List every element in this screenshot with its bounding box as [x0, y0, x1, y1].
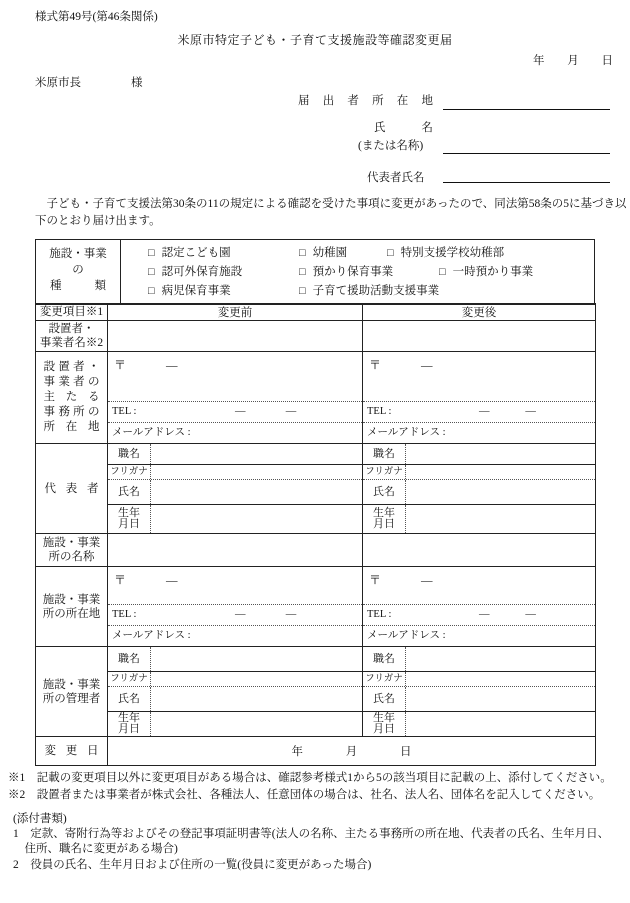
table-header-row: 変更項目※1 変更前 変更後: [36, 304, 596, 321]
furigana-input[interactable]: [151, 672, 362, 686]
checkbox-icon[interactable]: □: [148, 285, 155, 297]
email-line[interactable]: メールアドレス :: [363, 625, 595, 646]
checkbox-icon[interactable]: □: [299, 266, 306, 278]
facility-manager-label: 施設・事業 所の管理者: [36, 647, 108, 737]
operator-office-label-line: 設置者・: [44, 360, 100, 375]
email-line[interactable]: メールアドレス :: [108, 422, 362, 443]
name-input[interactable]: [406, 480, 595, 504]
option-label: 一時預かり事業: [453, 266, 534, 278]
birth-line2: 月日: [118, 724, 140, 735]
facility-type-label: 施設・事業 の 種類: [36, 240, 121, 304]
facility-name-label-line2: 所の名称: [36, 550, 107, 564]
tel-line[interactable]: TEL :――: [363, 604, 595, 625]
intro-line-2: 下のとおり届け出ます。: [35, 213, 610, 230]
furigana-input[interactable]: [406, 465, 595, 479]
birthdate-input[interactable]: [151, 712, 362, 736]
operator-name-before-cell[interactable]: [108, 321, 363, 352]
tel-dash: ―: [286, 605, 297, 624]
representative-name-row: 氏名 氏名: [36, 480, 596, 505]
option-label: 預かり保育事業: [313, 266, 394, 278]
manager-furigana-row: フリガナ フリガナ: [36, 672, 596, 687]
tel-line[interactable]: TEL :――: [108, 401, 362, 422]
representative-label-text: 代表者: [45, 482, 99, 496]
manager-title-row: 施設・事業 所の管理者 職名 職名: [36, 647, 596, 672]
birthdate-input[interactable]: [406, 505, 595, 533]
operator-office-after-cell[interactable]: 〒― TEL :―― メールアドレス :: [363, 352, 596, 444]
facility-name-row: 施設・事業 所の名称: [36, 534, 596, 567]
option-kosodate-enjo[interactable]: □子育て援助活動支援事業: [299, 282, 439, 298]
operator-name-label-line1: 設置者・: [36, 322, 107, 336]
form-number: 様式第49号(第46条関係): [35, 8, 158, 24]
declarant-name-label: 氏名 (または名称): [358, 119, 434, 153]
facility-type-row: □認定こども園 □幼稚園 □特別支援学校幼稚部: [121, 244, 594, 263]
attachments-title: (添付書類): [13, 812, 623, 827]
rep-birth-after-cell[interactable]: 生年月日: [363, 505, 596, 534]
checkbox-icon[interactable]: □: [148, 266, 155, 278]
representative-name-field[interactable]: [443, 166, 610, 183]
change-table-wrap: 変更項目※1 変更前 変更後 設置者・ 事業者名※2 設置者・ 事業者の 主たる…: [35, 303, 596, 766]
declarant-name-label-main: 氏名: [374, 119, 433, 135]
birthdate-sublabel: 生年月日: [363, 505, 406, 533]
facility-address-after-cell[interactable]: 〒― TEL :―― メールアドレス :: [363, 567, 596, 647]
name-input[interactable]: [406, 687, 595, 711]
footnotes: ※1 記載の変更項目以外に変更項目がある場合は、確認参考様式1から5の該当項目に…: [8, 770, 624, 804]
operator-name-after-cell[interactable]: [363, 321, 596, 352]
title-input[interactable]: [406, 647, 595, 671]
declarant-name-label-sub: (または名称): [358, 137, 434, 153]
postal-mark-icon: 〒: [369, 358, 381, 372]
option-ninkagai-hoiku[interactable]: □認可外保育施設: [148, 263, 242, 279]
furigana-input[interactable]: [151, 465, 362, 479]
email-line[interactable]: メールアドレス :: [363, 422, 595, 443]
option-label: 病児保育事業: [162, 285, 231, 297]
header-change-item: 変更項目※1: [36, 304, 108, 321]
option-byoji-hoiku[interactable]: □病児保育事業: [148, 282, 231, 298]
title-sublabel: 職名: [363, 647, 406, 671]
birthdate-sublabel: 生年月日: [108, 712, 151, 736]
furigana-sublabel: フリガナ: [108, 672, 151, 686]
tel-label: TEL :: [112, 406, 136, 417]
operator-office-label-line: 事業者の: [44, 375, 100, 390]
facility-type-row: □病児保育事業 □子育て援助活動支援事業: [121, 282, 594, 301]
mgr-furigana-after-cell[interactable]: フリガナ: [363, 672, 596, 687]
tel-label: TEL :: [367, 406, 391, 417]
change-date-ymd: 年月日: [292, 743, 412, 759]
intro-paragraph: 子ども・子育て支援法第30条の11の規定による確認を受けた事項に変更があったので…: [35, 196, 610, 230]
mgr-furigana-before-cell[interactable]: フリガナ: [108, 672, 363, 687]
postal-mark-icon: 〒: [369, 573, 381, 587]
change-date-label-text: 変更日: [45, 744, 99, 758]
tel-dash: ―: [286, 402, 297, 421]
name-sublabel: 氏名: [363, 687, 406, 711]
postal-line[interactable]: 〒―: [363, 352, 595, 401]
birth-line2: 月日: [373, 519, 395, 530]
facility-address-label-line1: 施設・事業: [36, 593, 107, 607]
name-input[interactable]: [151, 480, 362, 504]
tel-line[interactable]: TEL :――: [363, 401, 595, 422]
option-azukari-hoiku[interactable]: □預かり保育事業: [299, 263, 393, 279]
postal-line[interactable]: 〒―: [363, 567, 595, 604]
operator-name-label: 設置者・ 事業者名※2: [36, 321, 108, 352]
change-table: 変更項目※1 変更前 変更後 設置者・ 事業者名※2 設置者・ 事業者の 主たる…: [35, 303, 596, 766]
facility-name-label: 施設・事業 所の名称: [36, 534, 108, 567]
option-label: 幼稚園: [313, 247, 348, 259]
title-sublabel: 職名: [108, 647, 151, 671]
name-sublabel: 氏名: [363, 480, 406, 504]
name-input[interactable]: [151, 687, 362, 711]
option-label: 認可外保育施設: [162, 266, 243, 278]
attachment-item-1-line2: 住所、職名に変更がある場合): [13, 842, 623, 857]
declarant-name-field[interactable]: [443, 137, 610, 154]
tel-dash: ―: [525, 402, 536, 421]
addressee-line: 米原市長様: [35, 74, 143, 90]
footnote-2: ※2 設置者または事業者が株式会社、各種法人、任意団体の場合は、社名、法人名、団…: [8, 787, 624, 804]
mgr-birth-after-cell[interactable]: 生年月日: [363, 712, 596, 737]
page-title: 米原市特定子ども・子育て支援施設等確認変更届: [0, 31, 630, 48]
mgr-title-before-cell[interactable]: 職名: [108, 647, 363, 672]
footnote-1: ※1 記載の変更項目以外に変更項目がある場合は、確認参考様式1から5の該当項目に…: [8, 770, 624, 787]
facility-type-label-line2: の: [43, 262, 113, 278]
facility-type-row: □認可外保育施設 □預かり保育事業 □一時預かり事業: [121, 263, 594, 282]
rep-title-after-cell[interactable]: 職名: [363, 444, 596, 465]
option-yochien[interactable]: □幼稚園: [299, 244, 347, 260]
change-date-row: 変更日 年月日: [36, 737, 596, 766]
title-input[interactable]: [151, 444, 362, 464]
manager-name-row: 氏名 氏名: [36, 687, 596, 712]
representative-name-label: 代表者氏名: [367, 169, 425, 185]
postal-dash: ―: [421, 575, 433, 587]
addressee-honorific: 様: [131, 77, 143, 89]
checkbox-icon[interactable]: □: [299, 247, 306, 259]
facility-type-label-line1: 施設・事業: [43, 246, 113, 262]
email-label: メールアドレス :: [367, 630, 446, 641]
facility-manager-label-line2: 所の管理者: [36, 692, 107, 706]
tel-dash: ―: [479, 402, 490, 421]
name-sublabel: 氏名: [108, 687, 151, 711]
birthdate-input[interactable]: [406, 712, 595, 736]
facility-type-label-line3: 種類: [50, 278, 106, 294]
title-sublabel: 職名: [108, 444, 151, 464]
operator-office-row: 設置者・ 事業者の 主たる 事務所の 所在地 〒― TEL :―― メールアドレ…: [36, 352, 596, 444]
date-line: 年月日: [533, 52, 613, 68]
representative-label: 代表者: [36, 444, 108, 534]
birthdate-sublabel: 生年月日: [108, 505, 151, 533]
addressee-name: 米原市長: [35, 77, 81, 89]
postal-mark-icon: 〒: [114, 358, 126, 372]
facility-type-options: □認定こども園 □幼稚園 □特別支援学校幼稚部 □認可外保育施設 □預かり保育事…: [121, 240, 594, 304]
name-sublabel: 氏名: [108, 480, 151, 504]
option-label: 特別支援学校幼稚部: [401, 247, 505, 259]
rep-furigana-before-cell[interactable]: フリガナ: [108, 465, 363, 480]
rep-name-after-cell[interactable]: 氏名: [363, 480, 596, 505]
postal-dash: ―: [421, 360, 433, 372]
tel-label: TEL :: [367, 609, 391, 620]
option-label: 認定こども園: [162, 247, 231, 259]
form-page: 様式第49号(第46条関係) 米原市特定子ども・子育て支援施設等確認変更届 年月…: [0, 0, 630, 903]
postal-dash: ―: [166, 360, 178, 372]
furigana-sublabel: フリガナ: [108, 465, 151, 479]
representative-title-row: 代表者 職名 職名: [36, 444, 596, 465]
option-tokubetsu-shien[interactable]: □特別支援学校幼稚部: [387, 244, 504, 260]
manager-birth-row: 生年月日 生年月日: [36, 712, 596, 737]
representative-birth-row: 生年月日 生年月日: [36, 505, 596, 534]
birth-line2: 月日: [118, 519, 140, 530]
facility-name-label-line1: 施設・事業: [36, 536, 107, 550]
birthdate-sublabel: 生年月日: [363, 712, 406, 736]
postal-mark-icon: 〒: [114, 573, 126, 587]
tel-dash: ―: [235, 402, 246, 421]
furigana-sublabel: フリガナ: [363, 465, 406, 479]
header-before: 変更前: [108, 304, 363, 321]
checkbox-icon[interactable]: □: [387, 247, 394, 259]
facility-type-table: 施設・事業 の 種類 □認定こども園 □幼稚園 □特別支援学校幼稚部 □認可外保…: [35, 239, 595, 305]
email-label: メールアドレス :: [112, 427, 191, 438]
option-nintei-kodomoen[interactable]: □認定こども園: [148, 244, 231, 260]
attachments-section: (添付書類) 1 定款、寄附行為等およびその登記事項証明書等(法人の名称、主たる…: [13, 812, 623, 873]
operator-office-label-line: 所在地: [44, 420, 100, 435]
facility-name-before-cell[interactable]: [108, 534, 363, 567]
rep-furigana-after-cell[interactable]: フリガナ: [363, 465, 596, 480]
title-input[interactable]: [406, 444, 595, 464]
email-line[interactable]: メールアドレス :: [108, 625, 362, 646]
attachment-item-1-line1: 1 定款、寄附行為等およびその登記事項証明書等(法人の名称、主たる事務所の所在地…: [13, 827, 623, 842]
checkbox-icon[interactable]: □: [299, 285, 306, 297]
birth-line2: 月日: [373, 724, 395, 735]
header-after: 変更後: [363, 304, 596, 321]
operator-office-label-line: 事務所の: [44, 405, 100, 420]
address-block: 〒― TEL :―― メールアドレス :: [363, 352, 595, 443]
birthdate-input[interactable]: [151, 505, 362, 533]
change-date-label: 変更日: [36, 737, 108, 766]
checkbox-icon[interactable]: □: [439, 266, 446, 278]
title-input[interactable]: [151, 647, 362, 671]
title-sublabel: 職名: [363, 444, 406, 464]
mgr-name-after-cell[interactable]: 氏名: [363, 687, 596, 712]
furigana-sublabel: フリガナ: [363, 672, 406, 686]
rep-birth-before-cell[interactable]: 生年月日: [108, 505, 363, 534]
operator-name-row: 設置者・ 事業者名※2: [36, 321, 596, 352]
rep-name-before-cell[interactable]: 氏名: [108, 480, 363, 505]
mgr-title-after-cell[interactable]: 職名: [363, 647, 596, 672]
option-ichiji-azukari[interactable]: □一時預かり事業: [439, 263, 533, 279]
tel-dash: ―: [525, 605, 536, 624]
postal-dash: ―: [166, 575, 178, 587]
email-label: メールアドレス :: [112, 630, 191, 641]
facility-address-before-cell[interactable]: 〒― TEL :―― メールアドレス :: [108, 567, 363, 647]
furigana-input[interactable]: [406, 672, 595, 686]
tel-dash: ―: [235, 605, 246, 624]
facility-manager-label-line1: 施設・事業: [36, 678, 107, 692]
address-block: 〒― TEL :―― メールアドレス :: [363, 567, 595, 646]
option-label: 子育て援助活動支援事業: [313, 285, 440, 297]
tel-line[interactable]: TEL :――: [108, 604, 362, 625]
postal-line[interactable]: 〒―: [108, 567, 362, 604]
mgr-name-before-cell[interactable]: 氏名: [108, 687, 363, 712]
facility-address-label-line2: 所の所在地: [36, 607, 107, 621]
intro-line-1: 子ども・子育て支援法第30条の11の規定による確認を受けた事項に変更があったので…: [35, 196, 610, 213]
mgr-birth-before-cell[interactable]: 生年月日: [108, 712, 363, 737]
rep-title-before-cell[interactable]: 職名: [108, 444, 363, 465]
email-label: メールアドレス :: [367, 427, 446, 438]
representative-furigana-row: フリガナ フリガナ: [36, 465, 596, 480]
declarant-address-label: 届出者所在地: [298, 92, 433, 108]
address-block: 〒― TEL :―― メールアドレス :: [108, 352, 362, 443]
tel-label: TEL :: [112, 609, 136, 620]
operator-name-label-line2: 事業者名※2: [36, 336, 107, 350]
operator-office-label-line: 主たる: [44, 390, 100, 405]
facility-address-row: 施設・事業 所の所在地 〒― TEL :―― メールアドレス : 〒― TEL …: [36, 567, 596, 647]
facility-name-after-cell[interactable]: [363, 534, 596, 567]
operator-office-label: 設置者・ 事業者の 主たる 事務所の 所在地: [36, 352, 108, 444]
address-block: 〒― TEL :―― メールアドレス :: [108, 567, 362, 646]
checkbox-icon[interactable]: □: [148, 247, 155, 259]
attachment-item-2: 2 役員の氏名、生年月日および住所の一覧(役員に変更があった場合): [13, 858, 623, 873]
declarant-address-field[interactable]: [443, 93, 610, 110]
facility-address-label: 施設・事業 所の所在地: [36, 567, 108, 647]
postal-line[interactable]: 〒―: [108, 352, 362, 401]
tel-dash: ―: [479, 605, 490, 624]
change-date-value-cell[interactable]: 年月日: [108, 737, 596, 766]
operator-office-before-cell[interactable]: 〒― TEL :―― メールアドレス :: [108, 352, 363, 444]
